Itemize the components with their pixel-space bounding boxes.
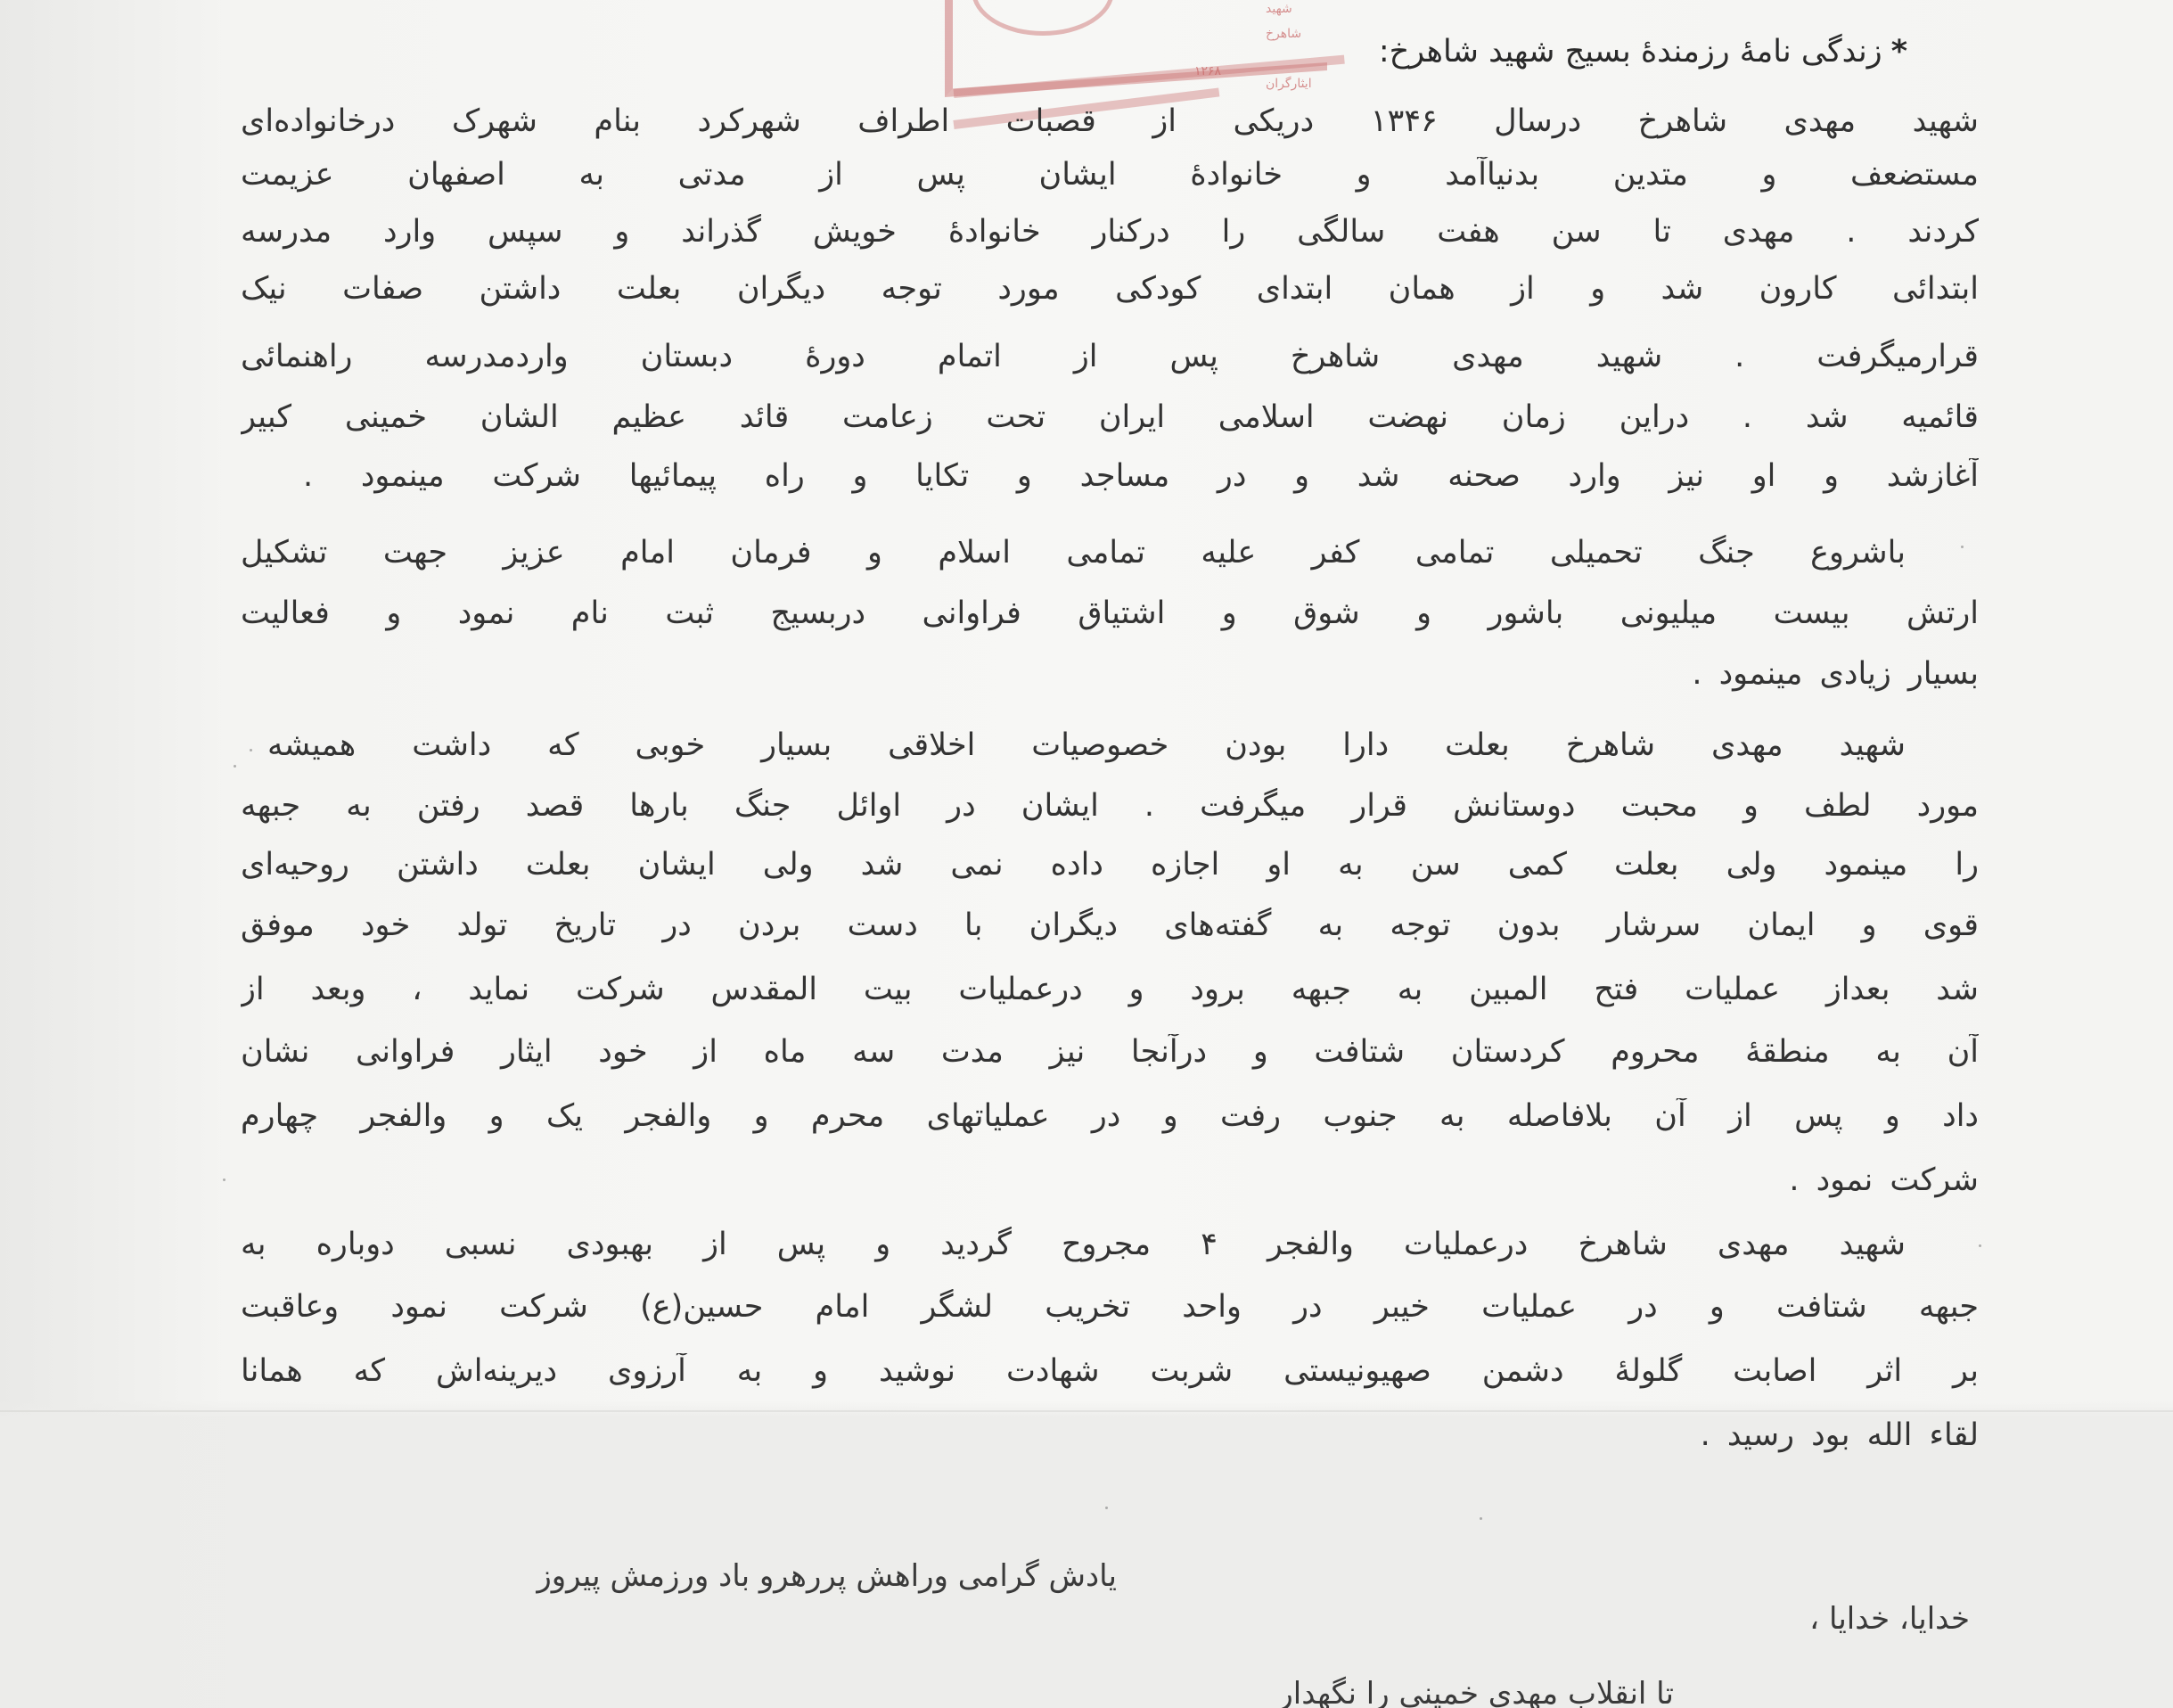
paragraph-4-line-2: جبهه شتافت و در عملیات خیبر در واحد تخری…: [241, 1289, 1979, 1325]
paragraph-1-line-3: کردند . مهدی تا سن هفت سالگی را درکنار خ…: [241, 214, 1979, 250]
paragraph-2-line-1: باشروع جنگ تحمیلی تمامی کفر علیه تمامی ا…: [241, 535, 1906, 571]
prayer-line-1: خدایا، خدایا ،: [1809, 1601, 1970, 1637]
paragraph-4-line-3: بر اثر اصابت گلولهٔ دشمن صهیونیستی شربت …: [241, 1353, 1979, 1389]
scan-speck: [1105, 1507, 1108, 1509]
paragraph-1-line-1: شهید مهدی شاهرخ درسال ۱۳۴۶ دریکی از قصبا…: [241, 103, 1979, 139]
paragraph-1-line-6: قائمیه شد . دراین زمان نهضت اسلامی ایران…: [241, 399, 1979, 435]
paragraph-1-line-5: قرارمیگرفت . شهید مهدی شاهرخ پس از اتمام…: [241, 339, 1979, 374]
document-title: *زندگی نامهٔ رزمندهٔ بسیج شهید شاهرخ:: [1379, 34, 1907, 70]
scan-speck: [234, 765, 236, 768]
paragraph-4-line-4: لقاء الله بود رسید .: [1701, 1417, 1979, 1453]
asterisk-icon: *: [1891, 34, 1907, 70]
paragraph-1-line-4: ابتدائی کارون شد و از همان ابتدای کودکی …: [241, 271, 1979, 307]
paragraph-2-line-3: بسیار زیادی مینمود .: [1692, 656, 1979, 692]
paragraph-2-line-2: ارتش بیست میلیونی باشور و شوق و اشتیاق ف…: [241, 595, 1979, 631]
paragraph-4-line-1: شهید مهدی شاهرخ درعملیات والفجر ۴ مجروح …: [241, 1227, 1906, 1262]
paragraph-3-line-4: قوی و ایمان سرشار بدون توجه به گفته‌های …: [241, 907, 1979, 943]
paragraph-3-line-8: شرکت نمود .: [1789, 1162, 1979, 1198]
paragraph-3-line-2: مورد لطف و محبت دوستانش قرار میگرفت . ای…: [241, 788, 1979, 824]
scan-speck: [223, 1178, 225, 1181]
paragraph-1-line-2: مستضعف و متدین بدنیاآمد و خانوادهٔ ایشان…: [241, 157, 1979, 193]
biography-document: *زندگی نامهٔ رزمندهٔ بسیج شهید شاهرخ: شه…: [0, 0, 2173, 1708]
prayer-line-2: تا انقلاب مهدی خمینی را نگهدار: [1278, 1676, 1674, 1708]
title-text: زندگی نامهٔ رزمندهٔ بسیج شهید شاهرخ:: [1379, 34, 1882, 70]
paragraph-1-line-7: آغازشد و او نیز وارد صحنه شد و در مساجد …: [303, 458, 1979, 494]
memorial-line: یادش گرامی وراهش پررهرو باد ورزمش پیروز: [537, 1558, 1117, 1594]
paragraph-3-line-5: شد بعداز عملیات فتح المبین به جبهه برود …: [241, 972, 1979, 1007]
scan-speck: [1961, 546, 1964, 548]
paragraph-3-line-6: آن به منطقهٔ محروم کردستان شتافت و درآنج…: [241, 1034, 1979, 1070]
scan-speck: [1979, 1244, 1981, 1247]
paragraph-3-line-3: را مینمود ولی بعلت کمی سن به او اجازه دا…: [241, 847, 1979, 883]
scan-speck: [1480, 1517, 1482, 1520]
paragraph-3-line-7: داد و پس از آن بلافاصله به جنوب رفت و در…: [241, 1098, 1979, 1134]
paragraph-3-line-1: شهید مهدی شاهرخ بعلت دارا بودن خصوصیات ا…: [267, 727, 1906, 763]
scan-speck: [250, 749, 252, 751]
